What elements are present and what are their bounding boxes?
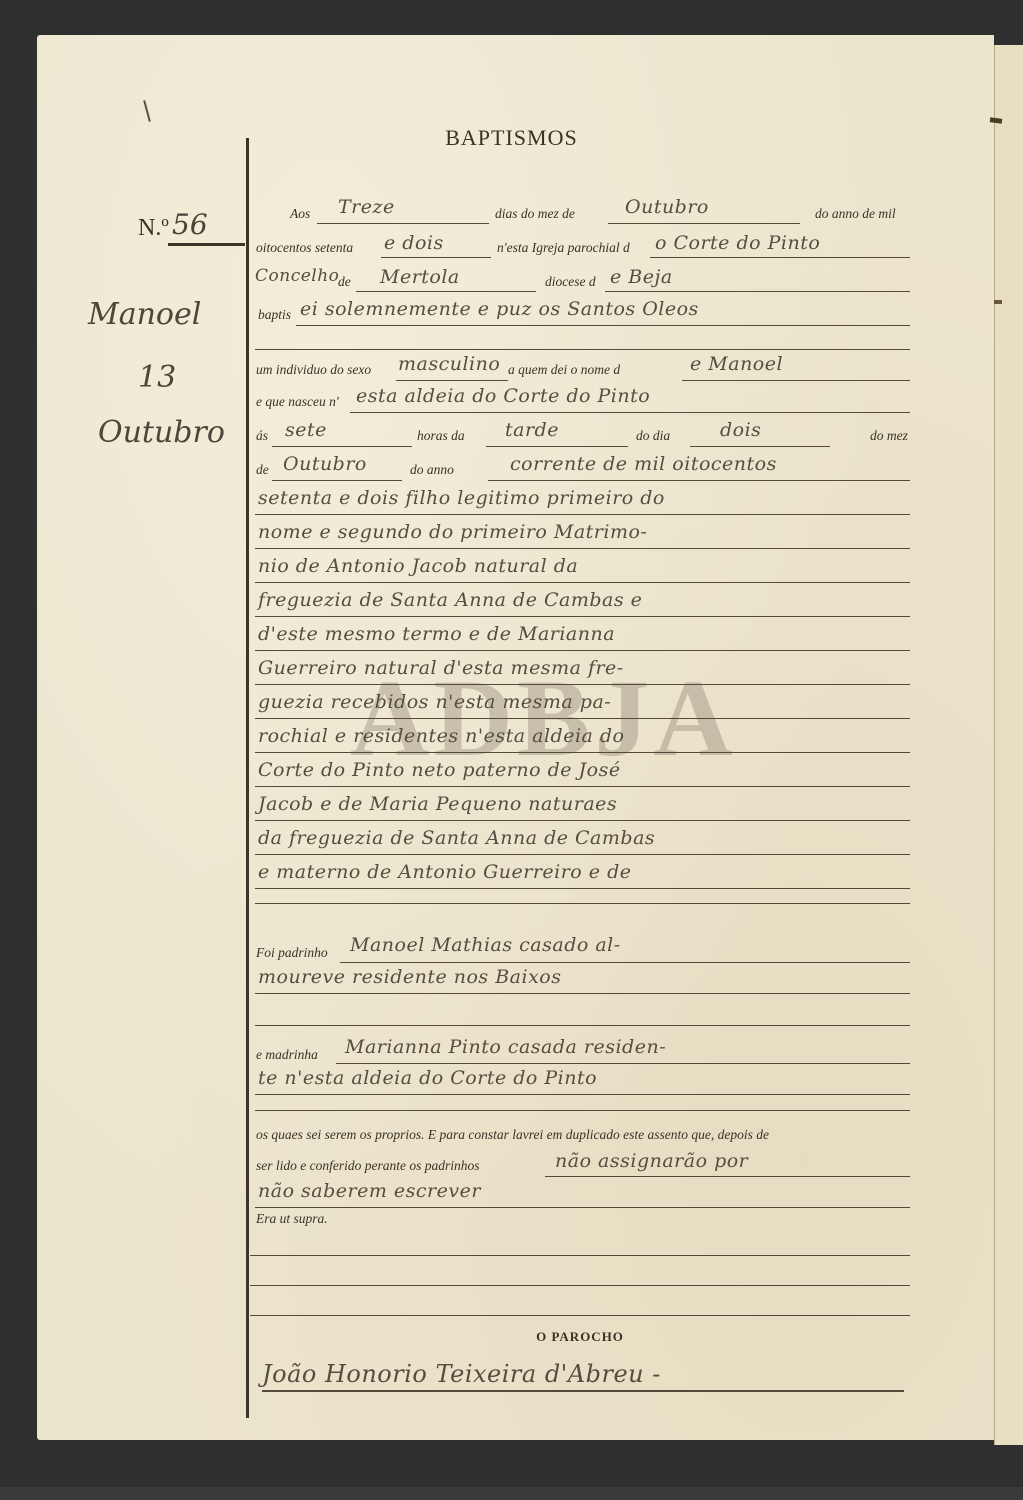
field-line — [255, 650, 910, 651]
field-line — [255, 786, 910, 787]
entry-number-underline — [168, 243, 245, 246]
label-do-mez: do mez — [870, 428, 908, 444]
field-council: Concelho — [255, 266, 339, 286]
field-line — [255, 854, 910, 855]
body-line: nome e segundo do primeiro Matrimo- — [258, 521, 647, 543]
field-diocese: e Beja — [610, 266, 673, 288]
field-line — [682, 380, 910, 381]
margin-name: Manoel — [88, 297, 201, 332]
body-line: Corte do Pinto neto paterno de José — [258, 759, 621, 781]
field-line — [650, 257, 910, 258]
label-aos: Aos — [290, 206, 310, 222]
field-line — [317, 223, 489, 224]
label-de: de — [256, 462, 269, 478]
pin-mark — [994, 300, 1002, 304]
field-baptism-manner: ei solemnemente e puz os Santos Oleos — [300, 298, 699, 320]
label-horas-da: horas da — [417, 428, 465, 444]
label-individuo-sexo: um individuo do sexo — [256, 362, 371, 378]
field-line — [608, 223, 800, 224]
signing-note: não saberem escrever — [258, 1180, 481, 1202]
blank-line — [255, 1110, 910, 1111]
field-day: Treze — [338, 196, 395, 218]
body-line: da freguezia de Santa Anna de Cambas — [258, 827, 655, 849]
field-line — [488, 480, 910, 481]
label-igreja-parochial: n'esta Igreja parochial d — [497, 240, 630, 256]
field-line — [255, 1094, 910, 1095]
field-line — [296, 325, 910, 326]
godfather-line: Manoel Mathias casado al- — [350, 934, 621, 956]
field-line — [255, 993, 910, 994]
body-line: e materno de Antonio Guerreiro e de — [258, 861, 631, 883]
body-line: setenta e dois filho legitimo primeiro d… — [258, 487, 665, 509]
field-line — [272, 446, 412, 447]
field-line — [255, 514, 910, 515]
label-madrinha: e madrinha — [256, 1047, 318, 1063]
godmother-line: te n'esta aldeia do Corte do Pinto — [258, 1067, 597, 1089]
blank-line — [255, 349, 910, 350]
priest-signature: João Honorio Teixeira d'Abreu - — [262, 1360, 661, 1388]
field-line — [255, 616, 910, 617]
blank-line — [250, 1255, 910, 1256]
label-oitocentos-setenta: oitocentos setenta — [256, 240, 353, 256]
field-period: tarde — [505, 419, 559, 441]
label-baptis: baptis — [258, 307, 291, 323]
field-line — [255, 888, 910, 889]
field-line — [255, 582, 910, 583]
label-nasceu: e que nasceu n' — [256, 394, 339, 410]
field-line — [486, 446, 628, 447]
adjacent-page-edge — [994, 45, 1023, 1445]
body-line: rochial e residentes n'esta aldeia do — [258, 725, 624, 747]
field-hour: sete — [285, 419, 327, 441]
label-do-anno: do anno — [410, 462, 454, 478]
era-ut-supra: Era ut supra. — [256, 1211, 328, 1227]
field-line — [605, 291, 910, 292]
label-padrinho: Foi padrinho — [256, 945, 328, 961]
body-line: Jacob e de Maria Pequeno naturaes — [258, 793, 617, 815]
body-line: guezia recebidos n'esta mesma pa- — [258, 691, 611, 713]
field-line — [350, 412, 910, 413]
field-name: e Manoel — [690, 353, 783, 375]
blank-line — [255, 903, 910, 904]
field-birthplace: esta aldeia do Corte do Pinto — [356, 385, 650, 407]
closing-text: os quaes sei serem os proprios. E para c… — [256, 1127, 769, 1143]
field-line — [255, 820, 910, 821]
signing-note: não assignarão por — [555, 1150, 748, 1172]
label-do-dia: do dia — [636, 428, 670, 444]
parish-priest-label: O PAROCHO — [0, 1329, 1023, 1345]
margin-month: Outubro — [98, 415, 225, 450]
page-title: BAPTISMOS — [0, 125, 1023, 151]
label-diocese: diocese d — [545, 274, 596, 290]
field-line — [545, 1176, 910, 1177]
body-line: d'este mesmo termo e de Marianna — [258, 623, 615, 645]
label-nome: a quem dei o nome d — [508, 362, 620, 378]
field-line — [396, 380, 508, 381]
field-line — [272, 480, 402, 481]
body-line: Guerreiro natural d'esta mesma fre- — [258, 657, 624, 679]
body-line: corrente de mil oitocentos — [510, 453, 777, 475]
field-birth-day: dois — [720, 419, 761, 441]
blank-line — [255, 1025, 910, 1026]
closing-text: ser lido e conferido perante os padrinho… — [256, 1158, 479, 1174]
margin-rule — [246, 138, 249, 1418]
margin-day: 13 — [138, 360, 176, 395]
field-year: e dois — [384, 232, 444, 254]
body-line: nio de Antonio Jacob natural da — [258, 555, 578, 577]
field-municipality: Mertola — [380, 266, 460, 288]
field-line — [690, 446, 830, 447]
field-line — [356, 291, 536, 292]
label-do-anno-de-mil: do anno de mil — [815, 206, 896, 222]
label-dias-do-mez: dias do mez de — [495, 206, 575, 222]
field-line — [336, 1063, 910, 1064]
field-line — [255, 718, 910, 719]
label-de: de — [338, 274, 351, 290]
blank-line — [250, 1285, 910, 1286]
entry-number-label: N.º — [138, 215, 169, 242]
field-birth-month: Outubro — [283, 453, 367, 475]
field-parish: o Corte do Pinto — [655, 232, 820, 254]
godfather-line: moureve residente nos Baixos — [258, 966, 562, 988]
blank-line — [250, 1315, 910, 1316]
field-line — [255, 752, 910, 753]
field-line — [340, 962, 910, 963]
field-sex: masculino — [398, 353, 500, 375]
label-as: ás — [256, 428, 268, 444]
body-line: freguezia de Santa Anna de Cambas e — [258, 589, 642, 611]
field-line — [381, 257, 491, 258]
field-month: Outubro — [625, 196, 709, 218]
field-line — [255, 1207, 910, 1208]
signature-line — [262, 1390, 904, 1392]
field-line — [255, 684, 910, 685]
entry-number: 56 — [172, 208, 208, 241]
godmother-line: Marianna Pinto casada residen- — [345, 1036, 666, 1058]
scan-background — [0, 1487, 1023, 1500]
field-line — [255, 548, 910, 549]
